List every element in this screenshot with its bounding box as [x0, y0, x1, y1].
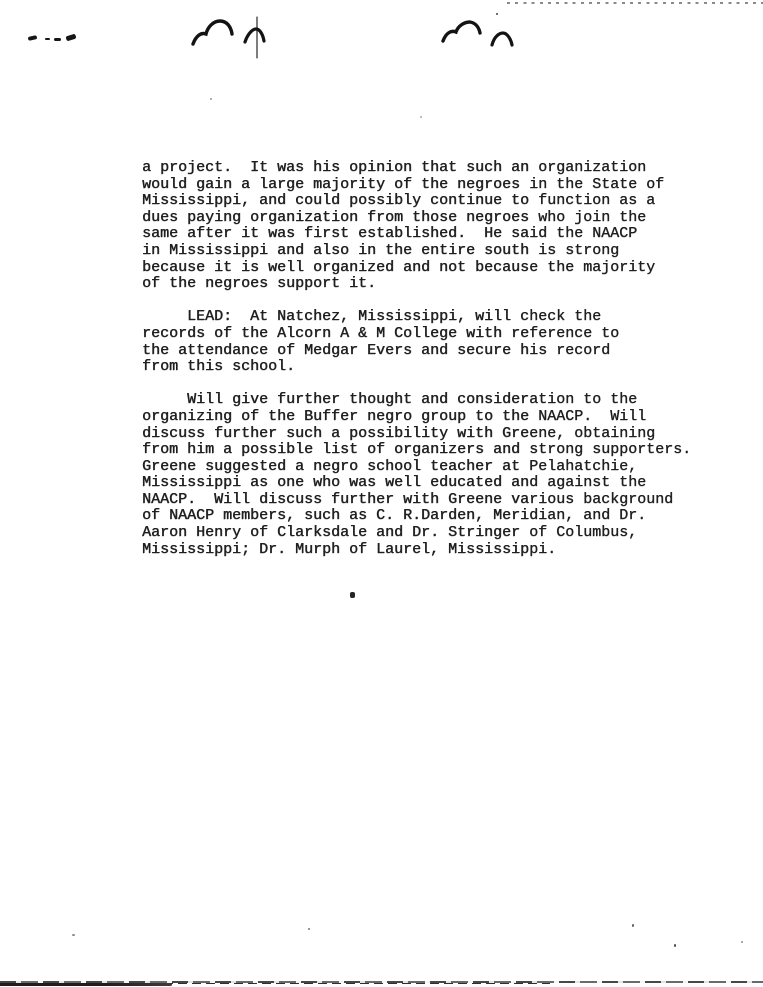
scanned-document-page: a project. It was his opinion that such … — [0, 0, 763, 987]
ink-speck — [741, 941, 743, 943]
ink-speck — [210, 98, 212, 100]
pen-check-mark — [245, 29, 264, 42]
ink-speck — [72, 934, 75, 936]
paragraph-lead: LEAD: At Natchez, Mississippi, will chec… — [142, 309, 702, 375]
ink-speck — [308, 928, 310, 930]
paragraph-continuation: a project. It was his opinion that such … — [142, 160, 702, 293]
pen-arc-mark-left — [193, 21, 232, 44]
speck-dot — [496, 13, 498, 15]
pen-arc-mark-right-small — [492, 33, 512, 45]
document-body: a project. It was his opinion that such … — [142, 160, 702, 575]
ink-speck — [632, 924, 634, 927]
handwritten-marks-overlay — [0, 0, 763, 80]
scan-edge-bottom-line-thick — [0, 983, 172, 986]
scan-edge-bottom-line-dashes — [150, 983, 550, 984]
paragraph-plans: Will give further thought and considerat… — [142, 392, 702, 558]
ink-speck — [674, 944, 676, 947]
ink-speck — [350, 592, 355, 598]
ink-speck — [420, 116, 422, 118]
pen-arc-mark-right — [443, 22, 480, 41]
